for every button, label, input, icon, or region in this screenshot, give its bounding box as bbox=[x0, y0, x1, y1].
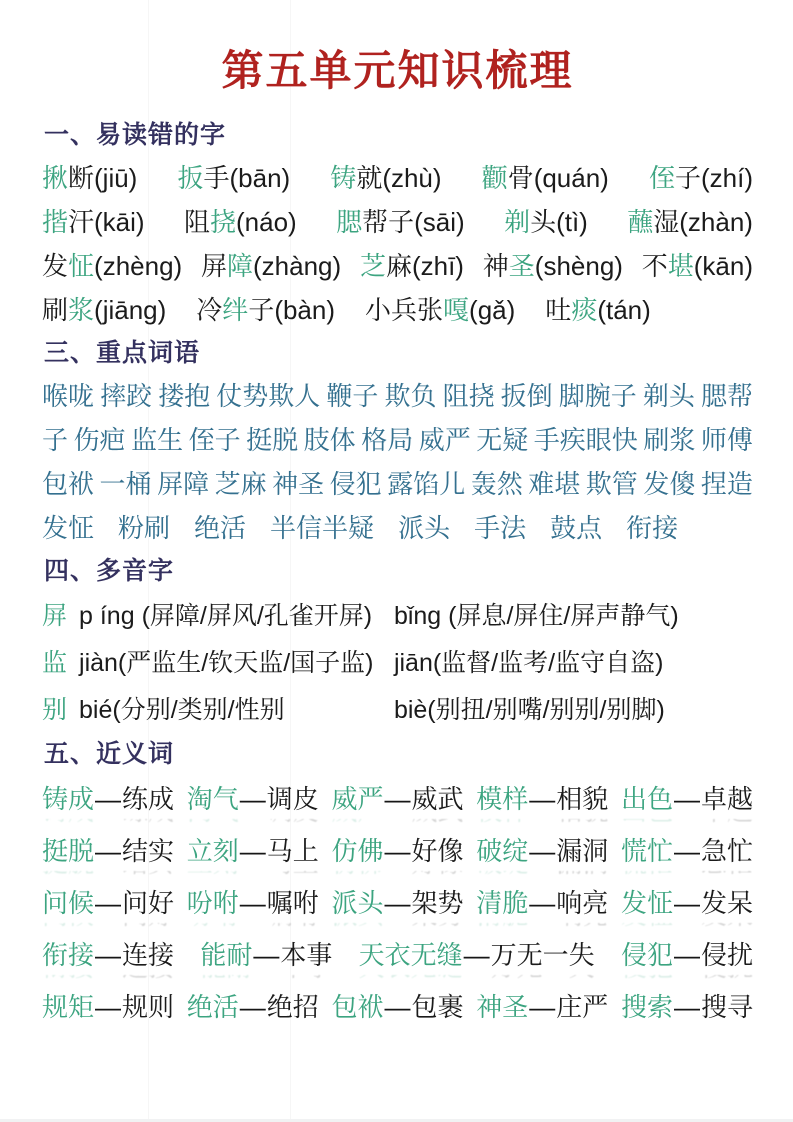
keyword: 轰然 bbox=[471, 468, 523, 501]
synonym-right: 结实 bbox=[122, 871, 174, 878]
keyword: 伤疤 bbox=[74, 424, 126, 457]
synonym-pair: 慌忙—急忙 bbox=[621, 871, 753, 881]
highlight-char: 挠 bbox=[210, 207, 236, 237]
keyword: 侄子 bbox=[189, 424, 241, 457]
synonym-right: 侵扰 bbox=[701, 975, 753, 982]
synonym-left: 清脆 bbox=[476, 923, 528, 930]
highlight-char: 障 bbox=[227, 251, 253, 281]
dash: — bbox=[384, 923, 410, 930]
keyword: 扳倒 bbox=[501, 380, 553, 413]
polyphonic-row: 屏p íng (屏障/屏风/孔雀开屏)bǐng (屏息/屏住/屏声静气) bbox=[42, 598, 753, 634]
dash: — bbox=[384, 819, 410, 826]
synonym-right: 急忙 bbox=[701, 871, 753, 878]
ghost-artifact: 铸成—练成淘气—调皮威严—威武模样—相貌出色—卓越 bbox=[42, 819, 753, 829]
synonym-right: 卓越 bbox=[701, 819, 753, 826]
keyword: 发怔 bbox=[42, 512, 94, 545]
highlight-char: 颧 bbox=[482, 163, 508, 193]
highlight-char: 腮 bbox=[336, 207, 362, 237]
word-text: 就(zhù) bbox=[356, 163, 441, 193]
synonym-right: 包裹 bbox=[411, 992, 463, 1022]
keyword: 搂抱 bbox=[158, 380, 210, 413]
word-text: 阻 bbox=[184, 207, 210, 237]
keyword: 鼓点 bbox=[550, 512, 602, 545]
dash: — bbox=[529, 871, 555, 878]
keyword: 刷浆 bbox=[643, 424, 695, 457]
synonym-left: 包袱 bbox=[331, 992, 383, 1022]
dash: — bbox=[674, 992, 700, 1022]
synonym-pair: 立刻—马上 bbox=[187, 833, 319, 869]
section-polyphonic-characters: 四、多音字 屏p íng (屏障/屏风/孔雀开屏)bǐng (屏息/屏住/屏声静… bbox=[42, 556, 753, 728]
dash: — bbox=[240, 888, 266, 918]
word-text: 断(jiū) bbox=[68, 163, 137, 193]
polyphonic-left-column: 屏p íng (屏障/屏风/孔雀开屏) bbox=[42, 598, 394, 634]
highlight-char: 铸 bbox=[330, 163, 356, 193]
word: 阻挠(náo) bbox=[184, 206, 297, 239]
synonym-pair: 吩咐—嘱咐 bbox=[187, 923, 319, 933]
keyword-line: 子伤疤监生侄子挺脱肢体格局威严无疑手疾眼快刷浆师傅 bbox=[42, 424, 753, 457]
synonym-right: 相貌 bbox=[556, 819, 608, 826]
dash: — bbox=[674, 940, 700, 970]
word-text: 湿(zhàn) bbox=[653, 207, 753, 237]
synonym-right: 相貌 bbox=[556, 784, 608, 814]
synonym-right: 绝招 bbox=[267, 992, 319, 1022]
pronunciation-left: bié(分别/类别/性别 bbox=[79, 692, 285, 728]
word-text: 神 bbox=[483, 251, 509, 281]
synonym-right: 漏洞 bbox=[556, 836, 608, 866]
synonym-right: 练成 bbox=[122, 819, 174, 826]
synonym-left: 破绽 bbox=[476, 871, 528, 878]
synonym-right: 万无一失 bbox=[491, 975, 595, 982]
synonym-right: 响亮 bbox=[556, 888, 608, 918]
word-text: (gǎ) bbox=[469, 295, 515, 325]
synonym-pair: 问候—问好 bbox=[42, 885, 174, 921]
highlight-char: 圣 bbox=[509, 251, 535, 281]
synonym-right: 练成 bbox=[122, 784, 174, 814]
highlight-char: 剃 bbox=[504, 207, 530, 237]
word-text: (zhèng) bbox=[94, 251, 182, 281]
keyword: 露馅儿 bbox=[387, 468, 465, 501]
word: 发怔(zhèng) bbox=[42, 250, 182, 283]
synonym-right: 本事 bbox=[280, 975, 332, 982]
section-synonyms: 五、近义词 铸成—练成淘气—调皮威严—威武模样—相貌出色—卓越铸成—练成淘气—调… bbox=[42, 739, 753, 1025]
synonym-right: 庄严 bbox=[556, 992, 608, 1022]
synonym-pair: 能耐—本事 bbox=[200, 975, 332, 985]
word-text: 不 bbox=[642, 251, 668, 281]
dash: — bbox=[240, 819, 266, 826]
synonym-right: 发呆 bbox=[701, 888, 753, 918]
dash: — bbox=[240, 923, 266, 930]
keyword: 手疾眼快 bbox=[534, 424, 638, 457]
keyword: 屏障 bbox=[157, 468, 209, 501]
polyphonic-row: 监jiàn(严监生/钦天监/国子监)jiān(监督/监考/监守自盗) bbox=[42, 645, 753, 681]
keyword-line: 包袱一桶屏障芝麻神圣侵犯露馅儿轰然难堪欺管发傻捏造 bbox=[42, 468, 753, 501]
dash: — bbox=[95, 940, 121, 970]
keyword: 神圣 bbox=[272, 468, 324, 501]
synonym-left: 淘气 bbox=[187, 784, 239, 814]
keyword: 捏造 bbox=[701, 468, 753, 501]
dash: — bbox=[674, 819, 700, 826]
synonym-left: 规矩 bbox=[42, 992, 94, 1022]
keyword: 喉咙 bbox=[42, 380, 94, 413]
word: 揩汗(kāi) bbox=[42, 206, 145, 239]
keyword-line: 发怔粉刷绝活半信半疑派头手法鼓点衔接 bbox=[42, 512, 753, 545]
highlight-char: 揪 bbox=[42, 163, 68, 193]
section-heading-misread: 一、易读错的字 bbox=[44, 120, 753, 152]
word: 侄子(zhí) bbox=[649, 162, 753, 195]
word-text: (jiāng) bbox=[94, 295, 166, 325]
highlight-char: 蘸 bbox=[627, 207, 653, 237]
pronunciation-right: biè(别扭/别嘴/别别/别脚) bbox=[394, 692, 665, 728]
synonym-left: 吩咐 bbox=[187, 888, 239, 918]
word-text: 刷 bbox=[42, 295, 68, 325]
dash: — bbox=[240, 871, 266, 878]
synonym-pair: 出色—卓越 bbox=[621, 781, 753, 817]
dash: — bbox=[674, 888, 700, 918]
synonym-row: 衔接—连接能耐—本事天衣无缝—万无一失侵犯—侵扰 bbox=[42, 937, 753, 973]
highlight-char: 浆 bbox=[68, 295, 94, 325]
synonym-row: 衔接—连接能耐—本事天衣无缝—万无一失侵犯—侵扰 bbox=[42, 975, 753, 985]
word-text: 冷 bbox=[196, 295, 222, 325]
synonym-pair: 侵犯—侵扰 bbox=[621, 937, 753, 973]
synonym-left: 侵犯 bbox=[621, 975, 673, 982]
word-text: 麻(zhī) bbox=[386, 251, 464, 281]
synonym-left: 绝活 bbox=[187, 992, 239, 1022]
keyword: 粉刷 bbox=[118, 512, 170, 545]
keyword-lines: 喉咙摔跤搂抱仗势欺人鞭子欺负阻挠扳倒脚腕子剃头腮帮子伤疤监生侄子挺脱肢体格局威严… bbox=[42, 380, 753, 545]
synonym-pair: 问候—问好 bbox=[42, 923, 174, 933]
polyphonic-left-column: 别bié(分别/类别/性别 bbox=[42, 692, 394, 728]
keyword: 半信半疑 bbox=[270, 512, 374, 545]
section-heading-synonyms: 五、近义词 bbox=[44, 739, 753, 771]
synonym-left: 慌忙 bbox=[621, 871, 673, 878]
synonym-pair: 发怔—发呆 bbox=[621, 885, 753, 921]
synonym-right: 架势 bbox=[411, 888, 463, 918]
synonym-right: 威武 bbox=[411, 784, 463, 814]
word-text: 子(bàn) bbox=[248, 295, 335, 325]
synonym-pair: 模样—相貌 bbox=[476, 819, 608, 829]
synonym-left: 慌忙 bbox=[621, 836, 673, 866]
pronunciation-right: jiān(监督/监考/监守自盗) bbox=[394, 645, 663, 681]
word: 屏障(zhàng) bbox=[201, 250, 341, 283]
synonym-left: 挺脱 bbox=[42, 836, 94, 866]
synonym-right: 结实 bbox=[122, 836, 174, 866]
pronunciation-left: jiàn(严监生/钦天监/国子监) bbox=[79, 645, 373, 681]
keyword: 摔跤 bbox=[100, 380, 152, 413]
synonym-left: 神圣 bbox=[476, 992, 528, 1022]
word: 小兵张嘎(gǎ) bbox=[365, 294, 515, 327]
keyword: 格局 bbox=[361, 424, 413, 457]
synonym-pair: 清脆—响亮 bbox=[476, 885, 608, 921]
dash: — bbox=[95, 923, 121, 930]
dash: — bbox=[240, 784, 266, 814]
highlight-char: 怔 bbox=[68, 251, 94, 281]
synonym-left: 派头 bbox=[331, 923, 383, 930]
synonym-left: 立刻 bbox=[187, 836, 239, 866]
keyword: 监生 bbox=[131, 424, 183, 457]
synonym-left: 威严 bbox=[331, 819, 383, 826]
keyword: 手法 bbox=[474, 512, 526, 545]
synonym-rows: 铸成—练成淘气—调皮威严—威武模样—相貌出色—卓越铸成—练成淘气—调皮威严—威武… bbox=[42, 781, 753, 1025]
synonym-right: 问好 bbox=[122, 888, 174, 918]
word: 芝麻(zhī) bbox=[360, 250, 464, 283]
synonym-pair: 清脆—响亮 bbox=[476, 923, 608, 933]
keyword: 子 bbox=[42, 424, 68, 457]
highlight-char: 芝 bbox=[360, 251, 386, 281]
synonym-right: 连接 bbox=[122, 975, 174, 982]
keyword: 阻挠 bbox=[443, 380, 495, 413]
dash: — bbox=[95, 836, 121, 866]
synonym-pair: 派头—架势 bbox=[331, 885, 463, 921]
polyphonic-row: 别bié(分别/类别/性别biè(别扭/别嘴/别别/别脚) bbox=[42, 692, 753, 728]
synonym-left: 仿佛 bbox=[331, 836, 383, 866]
word-text: 小兵张 bbox=[365, 295, 443, 325]
synonym-left: 破绽 bbox=[476, 836, 528, 866]
synonym-right: 调皮 bbox=[267, 784, 319, 814]
word: 不堪(kān) bbox=[642, 250, 753, 283]
ghost-artifact: 衔接—连接能耐—本事天衣无缝—万无一失侵犯—侵扰 bbox=[42, 975, 753, 985]
synonym-pair: 仿佛—好像 bbox=[331, 833, 463, 869]
synonym-right: 好像 bbox=[411, 836, 463, 866]
synonym-pair: 侵犯—侵扰 bbox=[621, 975, 753, 985]
keyword: 派头 bbox=[398, 512, 450, 545]
synonym-pair: 能耐—本事 bbox=[200, 937, 332, 973]
synonym-right: 本事 bbox=[280, 940, 332, 970]
synonym-left: 侵犯 bbox=[621, 940, 673, 970]
dash: — bbox=[529, 836, 555, 866]
page: 第五单元知识梳理 一、易读错的字 揪断(jiū)扳手(bān)铸就(zhù)颧骨… bbox=[0, 0, 793, 1025]
synonym-row: 问候—问好吩咐—嘱咐派头—架势清脆—响亮发怔—发呆 bbox=[42, 923, 753, 933]
synonym-row: 挺脱—结实立刻—马上仿佛—好像破绽—漏洞慌忙—急忙 bbox=[42, 833, 753, 869]
dash: — bbox=[674, 975, 700, 982]
synonym-right: 发呆 bbox=[701, 923, 753, 930]
dash: — bbox=[95, 871, 121, 878]
word-text: 汗(kāi) bbox=[68, 207, 145, 237]
synonym-right: 问好 bbox=[122, 923, 174, 930]
word: 蘸湿(zhàn) bbox=[627, 206, 753, 239]
synonym-pair: 吩咐—嘱咐 bbox=[187, 885, 319, 921]
synonym-pair: 模样—相貌 bbox=[476, 781, 608, 817]
word-text: (zhàng) bbox=[253, 251, 341, 281]
synonym-pair: 慌忙—急忙 bbox=[621, 833, 753, 869]
synonym-pair: 天衣无缝—万无一失 bbox=[359, 975, 595, 985]
synonym-pair: 规矩—规则 bbox=[42, 989, 174, 1025]
dash: — bbox=[464, 940, 490, 970]
section-key-words: 三、重点词语 喉咙摔跤搂抱仗势欺人鞭子欺负阻挠扳倒脚腕子剃头腮帮子伤疤监生侄子挺… bbox=[42, 338, 753, 545]
dash: — bbox=[674, 871, 700, 878]
synonym-left: 威严 bbox=[331, 784, 383, 814]
synonym-left: 出色 bbox=[621, 784, 673, 814]
keyword: 腮帮 bbox=[701, 380, 753, 413]
synonym-left: 立刻 bbox=[187, 871, 239, 878]
word: 神圣(shèng) bbox=[483, 250, 623, 283]
synonym-row: 挺脱—结实立刻—马上仿佛—好像破绽—漏洞慌忙—急忙 bbox=[42, 871, 753, 881]
highlight-char: 揩 bbox=[42, 207, 68, 237]
synonym-pair: 破绽—漏洞 bbox=[476, 833, 608, 869]
dash: — bbox=[384, 992, 410, 1022]
synonym-pair: 神圣—庄严 bbox=[476, 989, 608, 1025]
synonym-right: 规则 bbox=[122, 992, 174, 1022]
ghost-artifact: 挺脱—结实立刻—马上仿佛—好像破绽—漏洞慌忙—急忙 bbox=[42, 871, 753, 881]
polyphonic-char: 屏 bbox=[42, 598, 67, 634]
synonym-row: 规矩—规则绝活—绝招包袱—包裹神圣—庄严搜索—搜寻 bbox=[42, 989, 753, 1025]
synonym-pair: 铸成—练成 bbox=[42, 781, 174, 817]
keyword: 衔接 bbox=[626, 512, 678, 545]
synonym-left: 淘气 bbox=[187, 819, 239, 826]
synonym-left: 派头 bbox=[331, 888, 383, 918]
dash: — bbox=[529, 992, 555, 1022]
synonym-row: 问候—问好吩咐—嘱咐派头—架势清脆—响亮发怔—发呆 bbox=[42, 885, 753, 921]
synonym-pair: 绝活—绝招 bbox=[187, 989, 319, 1025]
word-row: 刷浆(jiāng)冷绊子(bàn)小兵张嘎(gǎ)吐痰(tán) bbox=[42, 294, 753, 327]
word: 扳手(bān) bbox=[177, 162, 290, 195]
polyphonic-rows: 屏p íng (屏障/屏风/孔雀开屏)bǐng (屏息/屏住/屏声静气)监jià… bbox=[42, 598, 753, 728]
synonym-left: 模样 bbox=[476, 784, 528, 814]
word-text: (shèng) bbox=[535, 251, 623, 281]
keyword: 仗势欺人 bbox=[216, 380, 320, 413]
synonym-pair: 立刻—马上 bbox=[187, 871, 319, 881]
word-text: (tán) bbox=[597, 295, 650, 325]
synonym-pair: 天衣无缝—万无一失 bbox=[359, 937, 595, 973]
synonym-right: 搜寻 bbox=[701, 992, 753, 1022]
highlight-char: 绊 bbox=[222, 295, 248, 325]
synonym-left: 发怔 bbox=[621, 923, 673, 930]
word: 铸就(zhù) bbox=[330, 162, 441, 195]
dash: — bbox=[529, 784, 555, 814]
synonym-right: 侵扰 bbox=[701, 940, 753, 970]
synonym-right: 嘱咐 bbox=[267, 888, 319, 918]
synonym-right: 连接 bbox=[122, 940, 174, 970]
synonym-pair: 挺脱—结实 bbox=[42, 871, 174, 881]
synonym-left: 发怔 bbox=[621, 888, 673, 918]
dash: — bbox=[674, 923, 700, 930]
keyword: 无疑 bbox=[476, 424, 528, 457]
highlight-char: 扳 bbox=[177, 163, 203, 193]
keyword: 包袱 bbox=[42, 468, 94, 501]
word: 颧骨(quán) bbox=[482, 162, 609, 195]
word-text: (náo) bbox=[236, 207, 297, 237]
dash: — bbox=[240, 992, 266, 1022]
keyword: 发傻 bbox=[643, 468, 695, 501]
word-row: 揪断(jiū)扳手(bān)铸就(zhù)颧骨(quán)侄子(zhí) bbox=[42, 162, 753, 195]
synonym-pair: 破绽—漏洞 bbox=[476, 871, 608, 881]
synonym-right: 架势 bbox=[411, 923, 463, 930]
keyword: 绝活 bbox=[194, 512, 246, 545]
synonym-left: 挺脱 bbox=[42, 871, 94, 878]
synonym-right: 马上 bbox=[267, 836, 319, 866]
word: 腮帮子(sāi) bbox=[336, 206, 465, 239]
highlight-char: 嘎 bbox=[443, 295, 469, 325]
dash: — bbox=[253, 940, 279, 970]
synonym-right: 卓越 bbox=[701, 784, 753, 814]
synonym-pair: 铸成—练成 bbox=[42, 819, 174, 829]
highlight-char: 堪 bbox=[668, 251, 694, 281]
synonym-pair: 搜索—搜寻 bbox=[621, 989, 753, 1025]
synonym-left: 模样 bbox=[476, 819, 528, 826]
synonym-pair: 威严—威武 bbox=[331, 819, 463, 829]
keyword: 肢体 bbox=[304, 424, 356, 457]
keyword-line: 喉咙摔跤搂抱仗势欺人鞭子欺负阻挠扳倒脚腕子剃头腮帮 bbox=[42, 380, 753, 413]
section-heading-polyphonic: 四、多音字 bbox=[44, 556, 753, 588]
synonym-pair: 派头—架势 bbox=[331, 923, 463, 933]
section-heading-keywords: 三、重点词语 bbox=[44, 338, 753, 370]
pronunciation-left: p íng (屏障/屏风/孔雀开屏) bbox=[79, 598, 372, 634]
synonym-right: 漏洞 bbox=[556, 871, 608, 878]
synonym-pair: 威严—威武 bbox=[331, 781, 463, 817]
synonym-pair: 衔接—连接 bbox=[42, 937, 174, 973]
word-row: 揩汗(kāi)阻挠(náo)腮帮子(sāi)剃头(tì)蘸湿(zhàn) bbox=[42, 206, 753, 239]
dash: — bbox=[95, 888, 121, 918]
keyword: 师傅 bbox=[701, 424, 753, 457]
synonym-right: 响亮 bbox=[556, 923, 608, 930]
dash: — bbox=[95, 975, 121, 982]
dash: — bbox=[529, 888, 555, 918]
synonym-left: 吩咐 bbox=[187, 923, 239, 930]
synonym-right: 马上 bbox=[267, 871, 319, 878]
synonym-left: 天衣无缝 bbox=[359, 940, 463, 970]
word: 刷浆(jiāng) bbox=[42, 294, 166, 327]
word: 揪断(jiū) bbox=[42, 162, 137, 195]
section-misread-characters: 一、易读错的字 揪断(jiū)扳手(bān)铸就(zhù)颧骨(quán)侄子(… bbox=[42, 120, 753, 327]
synonym-right: 威武 bbox=[411, 819, 463, 826]
synonym-row: 铸成—练成淘气—调皮威严—威武模样—相貌出色—卓越 bbox=[42, 819, 753, 829]
synonym-left: 铸成 bbox=[42, 784, 94, 814]
dash: — bbox=[529, 819, 555, 826]
word-text: 帮子(sāi) bbox=[362, 207, 465, 237]
synonym-left: 能耐 bbox=[200, 975, 252, 982]
keyword: 脚腕子 bbox=[559, 380, 637, 413]
dash: — bbox=[384, 871, 410, 878]
word-text: 骨(quán) bbox=[508, 163, 609, 193]
synonym-left: 出色 bbox=[621, 819, 673, 826]
word-text: (kān) bbox=[694, 251, 753, 281]
dash: — bbox=[464, 975, 490, 982]
polyphonic-char: 别 bbox=[42, 692, 67, 728]
synonym-pair: 淘气—调皮 bbox=[187, 781, 319, 817]
synonym-left: 搜索 bbox=[621, 992, 673, 1022]
word-text: 吐 bbox=[545, 295, 571, 325]
synonym-pair: 衔接—连接 bbox=[42, 975, 174, 985]
dash: — bbox=[674, 784, 700, 814]
synonym-pair: 出色—卓越 bbox=[621, 819, 753, 829]
dash: — bbox=[95, 992, 121, 1022]
synonym-row: 铸成—练成淘气—调皮威严—威武模样—相貌出色—卓越 bbox=[42, 781, 753, 817]
misread-character-rows: 揪断(jiū)扳手(bān)铸就(zhù)颧骨(quán)侄子(zhí)揩汗(k… bbox=[42, 162, 753, 327]
synonym-right: 好像 bbox=[411, 871, 463, 878]
synonym-left: 衔接 bbox=[42, 975, 94, 982]
keyword: 鞭子 bbox=[326, 380, 378, 413]
word-text: 屏 bbox=[201, 251, 227, 281]
highlight-char: 侄 bbox=[649, 163, 675, 193]
synonym-right: 万无一失 bbox=[491, 940, 595, 970]
word-text: 手(bān) bbox=[203, 163, 290, 193]
dash: — bbox=[240, 836, 266, 866]
synonym-right: 急忙 bbox=[701, 836, 753, 866]
keyword: 一桶 bbox=[100, 468, 152, 501]
polyphonic-left-column: 监jiàn(严监生/钦天监/国子监) bbox=[42, 645, 394, 681]
synonym-right: 调皮 bbox=[267, 819, 319, 826]
keyword: 欺负 bbox=[384, 380, 436, 413]
ghost-artifact: 问候—问好吩咐—嘱咐派头—架势清脆—响亮发怔—发呆 bbox=[42, 923, 753, 933]
synonym-left: 仿佛 bbox=[331, 871, 383, 878]
keyword: 难堪 bbox=[528, 468, 580, 501]
keyword: 侵犯 bbox=[330, 468, 382, 501]
word-text: 头(tì) bbox=[530, 207, 588, 237]
word-text: 子(zhí) bbox=[675, 163, 753, 193]
synonym-left: 问候 bbox=[42, 888, 94, 918]
synonym-left: 清脆 bbox=[476, 888, 528, 918]
pronunciation-right: bǐng (屏息/屏住/屏声静气) bbox=[394, 598, 679, 634]
dash: — bbox=[95, 784, 121, 814]
